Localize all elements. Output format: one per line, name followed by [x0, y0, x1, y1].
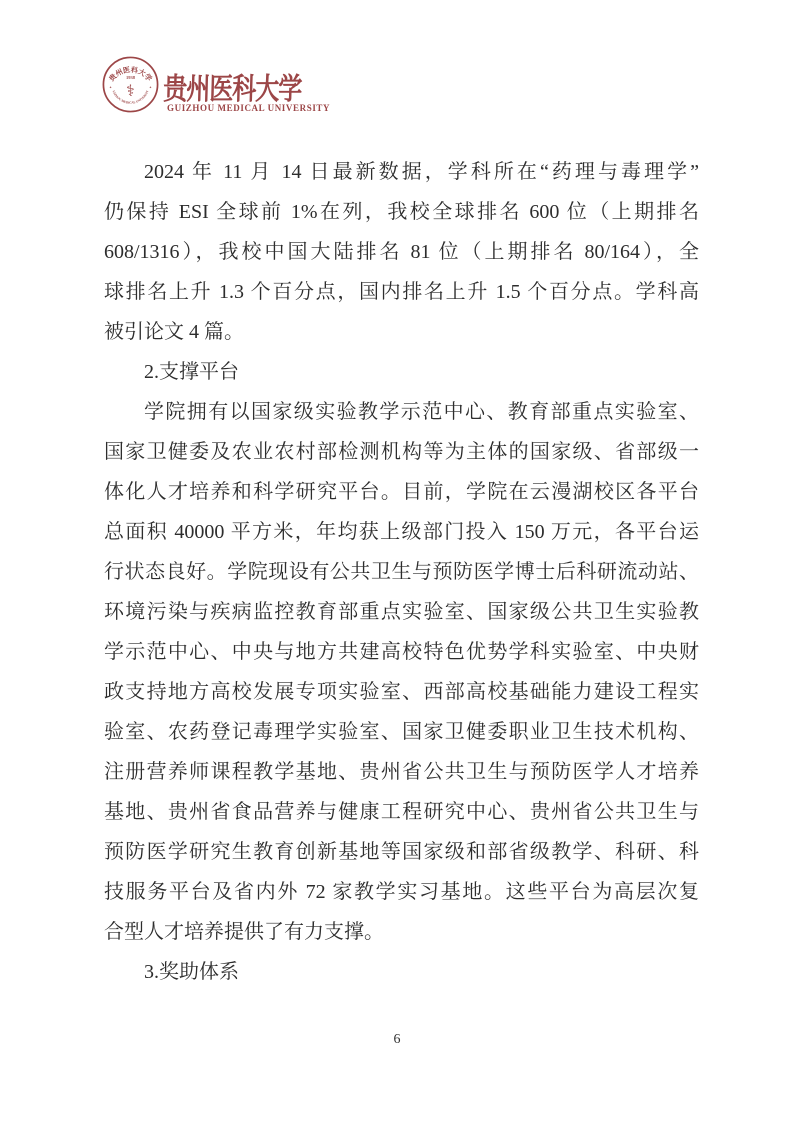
text-line: 总面积 40000 平方米，年均获上级部门投入 150 万元，各平台运 [104, 512, 699, 552]
university-logo: 贵州医科大学 1938 ⚕ ✦ ✦ GUIZHOU MEDICAL UNIVER… [102, 56, 422, 146]
seal-star-left-icon: ✦ [109, 85, 112, 89]
text-line: 学院拥有以国家级实验教学示范中心、教育部重点实验室、 [104, 392, 699, 432]
section-heading: 3.奖助体系 [104, 952, 699, 992]
text-line: 预防医学研究生教育创新基地等国家级和部省级教学、科研、科 [104, 832, 699, 872]
text-line: 行状态良好。学院现设有公共卫生与预防医学博士后科研流动站、 [104, 552, 699, 592]
document-content: 2024 年 11 月 14 日最新数据，学科所在“药理与毒理学”仍保持 ESI… [104, 152, 699, 992]
text-line: 体化人才培养和科学研究平台。目前，学院在云漫湖校区各平台 [104, 472, 699, 512]
page-number: 6 [0, 1032, 794, 1048]
text-line: 注册营养师课程教学基地、贵州省公共卫生与预防医学人才培养 [104, 752, 699, 792]
text-line: 政支持地方高校发展专项实验室、西部高校基础能力建设工程实 [104, 672, 699, 712]
university-name-zh: 贵州医科大学 [163, 64, 294, 108]
university-seal-icon: 贵州医科大学 1938 ⚕ ✦ ✦ GUIZHOU MEDICAL UNIVER… [102, 56, 159, 113]
text-line: 国家卫健委及农业农村部检测机构等为主体的国家级、省部级一 [104, 432, 699, 472]
text-line: 验室、农药登记毒理学实验室、国家卫健委职业卫生技术机构、 [104, 712, 699, 752]
text-line: 球排名上升 1.3 个百分点，国内排名上升 1.5 个百分点。学科高 [104, 272, 699, 312]
text-line: 608/1316），我校中国大陆排名 81 位（上期排名 80/164），全 [104, 232, 699, 272]
text-line: 合型人才培养提供了有力支撑。 [104, 912, 699, 952]
caduceus-icon: ⚕ [126, 81, 135, 100]
seal-star-right-icon: ✦ [149, 85, 152, 89]
section-heading: 2.支撑平台 [104, 352, 699, 392]
document-page: 贵州医科大学 1938 ⚕ ✦ ✦ GUIZHOU MEDICAL UNIVER… [0, 0, 794, 1123]
seal-year: 1938 [126, 75, 136, 80]
text-line: 基地、贵州省食品营养与健康工程研究中心、贵州省公共卫生与 [104, 792, 699, 832]
text-line: 被引论文 4 篇。 [104, 312, 699, 352]
text-line: 技服务平台及省内外 72 家教学实习基地。这些平台为高层次复 [104, 872, 699, 912]
university-name-en: GUIZHOU MEDICAL UNIVERSITY [167, 103, 330, 113]
text-line: 学示范中心、中央与地方共建高校特色优势学科实验室、中央财 [104, 632, 699, 672]
text-line: 仍保持 ESI 全球前 1%在列，我校全球排名 600 位（上期排名 [104, 192, 699, 232]
text-line: 2024 年 11 月 14 日最新数据，学科所在“药理与毒理学” [104, 152, 699, 192]
text-line: 环境污染与疾病监控教育部重点实验室、国家级公共卫生实验教 [104, 592, 699, 632]
